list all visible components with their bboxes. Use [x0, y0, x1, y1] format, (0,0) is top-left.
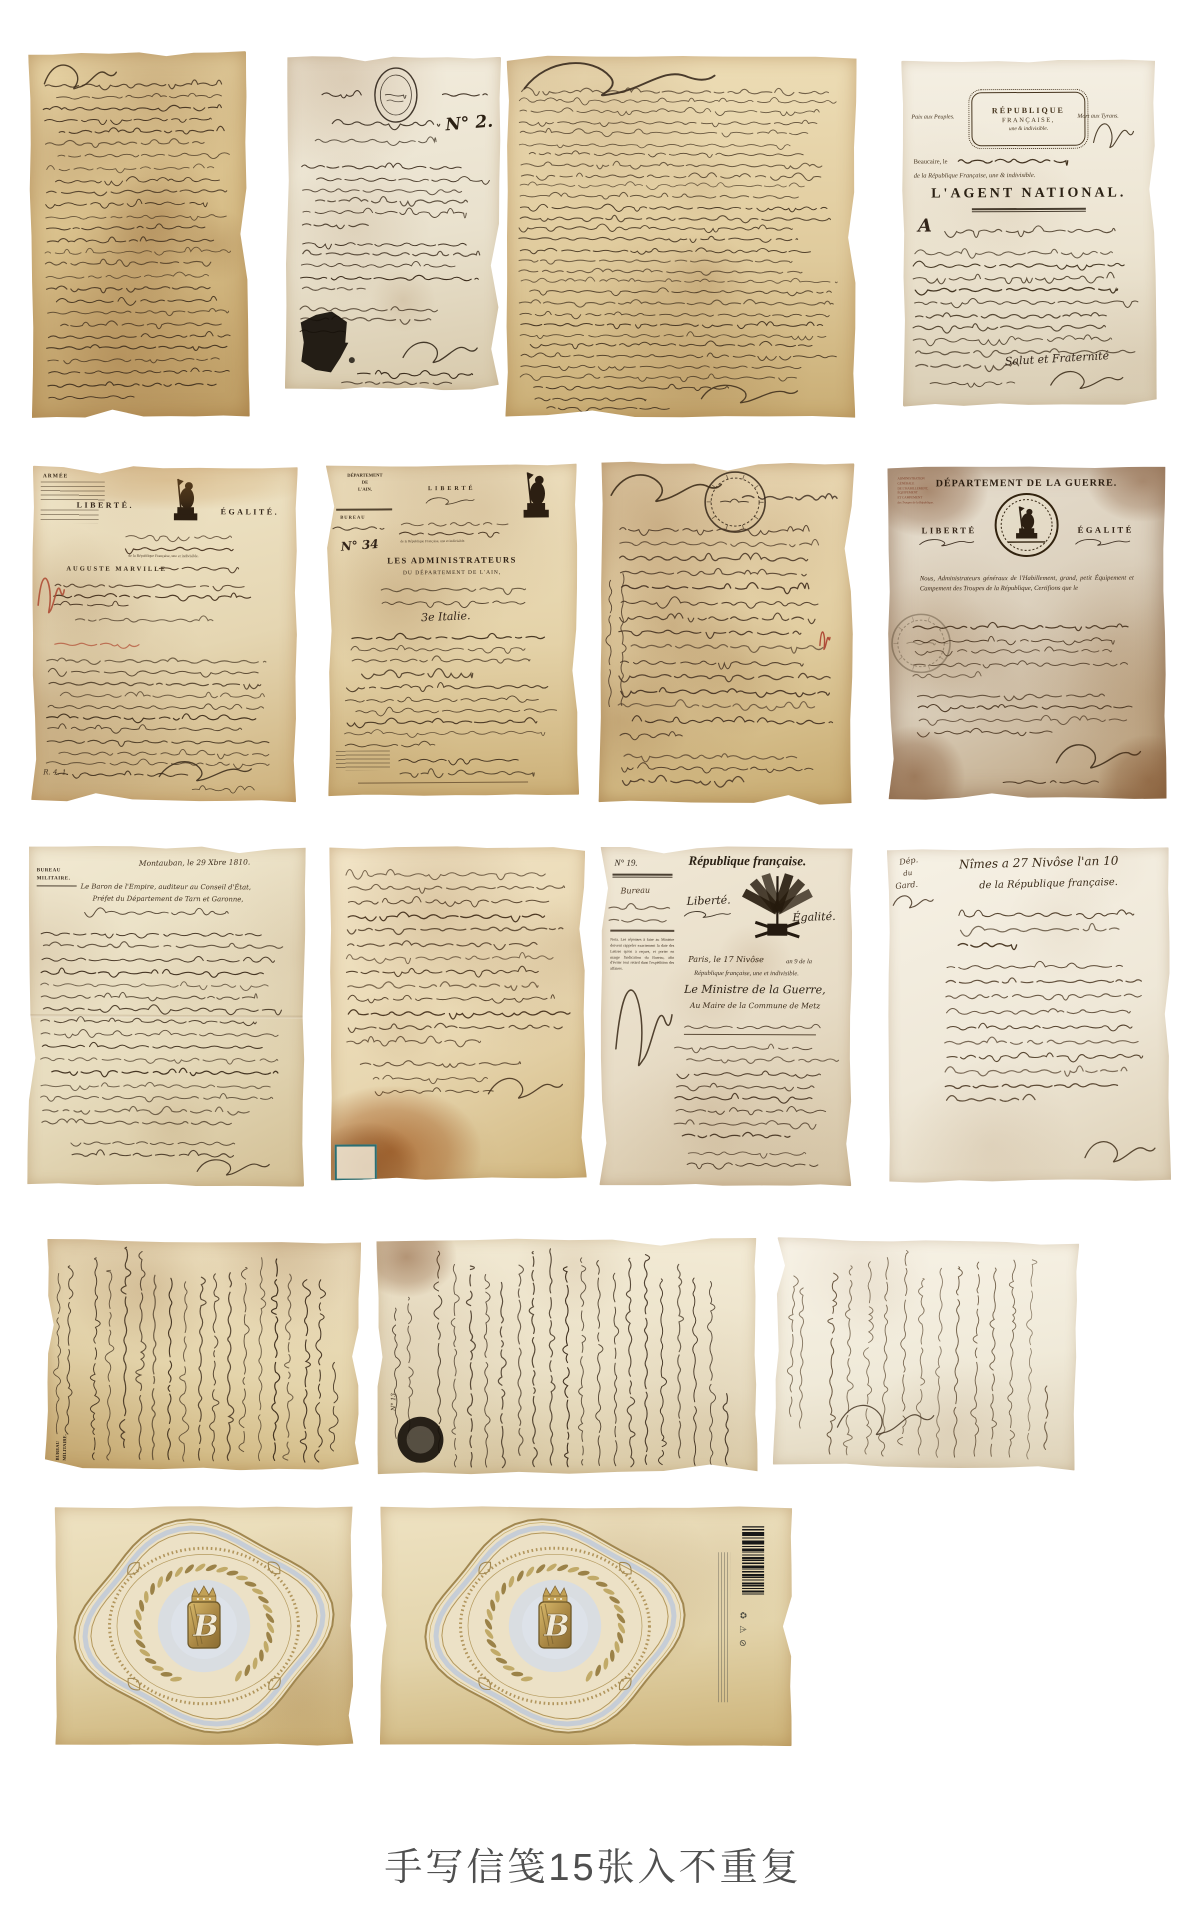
oval-ink-stamp	[375, 68, 417, 122]
handwritten-text: Montauban, le 29 Xbre 1810.	[139, 858, 250, 868]
recycle-icon: ♻	[737, 1611, 747, 1619]
handwritten-text: du	[903, 870, 913, 879]
departement-guerre-certificate: DÉPARTEMENT DE LA GUERRE.ADMINISTRATIONG…	[887, 466, 1166, 801]
handwriting-lines	[315, 136, 436, 146]
printed-text: MILITAIRE.	[62, 1434, 67, 1460]
monogram-letter: B	[543, 1609, 569, 1644]
printed-text: LIBERTÉ	[922, 526, 977, 536]
ink-flourish	[426, 498, 474, 505]
handwriting-lines	[786, 1276, 805, 1428]
handwritten-text: Bureau	[620, 887, 650, 897]
manuscript-letter-aged-dark	[28, 51, 250, 419]
handwriting-lines	[346, 868, 574, 1047]
ink-flourish	[920, 539, 974, 545]
rule	[610, 930, 674, 932]
bureau-militaire-montauban-letter: BUREAUMILITAIRE.Montauban, le 29 Xbre 18…	[27, 845, 306, 1186]
printed-text: de la République Française, une et indiv…	[400, 540, 465, 544]
illegible-fine-print	[41, 509, 99, 523]
handwriting-lines	[333, 527, 384, 531]
handwritten-text: N° 2.	[445, 113, 494, 136]
handwritten-text: N° 34	[340, 538, 379, 554]
printed-text: AUGUSTE MARVILLE	[66, 565, 167, 573]
signature-flourish	[197, 1160, 269, 1176]
rule	[612, 874, 672, 876]
signature-flourish	[488, 1078, 562, 1098]
handwritten-text: Préfet du Département de Tarn et Garonne…	[93, 896, 244, 904]
rotated-letter-bureau-militaire: BUREAUMILITAIRE.	[45, 1238, 361, 1471]
handwriting-lines	[159, 567, 238, 573]
handwriting-lines	[958, 909, 1134, 950]
rule	[37, 885, 77, 886]
ink-flourish	[1093, 124, 1133, 148]
printed-text: ÉGALITÉ.	[221, 508, 280, 517]
handwriting-lines	[825, 1244, 1051, 1460]
handwriting-lines	[322, 90, 361, 98]
frame-line: une & indivisible.	[972, 125, 1084, 134]
handwriting-lines	[621, 753, 812, 788]
product-info-text	[718, 1552, 730, 1702]
handwriting-lines	[85, 908, 229, 918]
printed-text: an 9 de la	[786, 958, 812, 965]
printed-text-block: ADMINISTRATIONGÉNÉRALEDE L'HABILLEMENT,É…	[897, 476, 953, 505]
handwriting-lines	[685, 1024, 823, 1029]
handwriting-lines	[958, 159, 1067, 166]
handwriting-lines	[618, 524, 834, 742]
printed-text: de la République Française, une & indivi…	[914, 172, 1036, 180]
printed-text: LIBERTÉ	[428, 486, 476, 493]
age-stain	[1098, 735, 1186, 825]
handwritten-text: Liberté.	[686, 894, 730, 908]
ink-flourish	[1076, 539, 1130, 545]
warning-icon: ⚠	[737, 1625, 747, 1633]
flag-trophy-emblem	[744, 874, 811, 937]
handwriting-lines	[392, 1297, 413, 1439]
ink-layer	[887, 847, 1171, 1183]
document-title: République française.	[689, 854, 807, 869]
black-round-stamp	[397, 1417, 443, 1463]
handwriting-lines	[518, 87, 838, 391]
printed-text: Nous, Administrateurs généraux de l'Habi…	[920, 574, 1134, 594]
ink-layer	[28, 51, 250, 419]
signature-flourish	[701, 385, 797, 403]
handwriting-lines	[43, 79, 237, 399]
handwriting-lines	[301, 162, 489, 229]
printed-text: République française, une et indivisible…	[694, 970, 799, 978]
printed-text: ARMÉE	[43, 473, 69, 479]
manuscript-letter-battalion-certificate: N° 2.	[285, 55, 501, 390]
printed-text: LES ADMINISTRATEURS	[326, 555, 577, 566]
rule	[336, 508, 392, 511]
handwriting-lines	[535, 398, 669, 412]
monogram-emblem-sheet-back: B♻⚠⊘	[380, 1506, 792, 1747]
printed-text-block: DÉPARTEMENTDEL'AIN.	[334, 472, 396, 493]
handwriting-lines	[301, 242, 484, 291]
handwritten-text: 3e Italie.	[421, 610, 471, 624]
manuscript-letter-dense-script	[505, 55, 856, 418]
handwriting-lines	[945, 225, 1115, 237]
ink-layer	[505, 55, 856, 418]
monogram-letter: B	[192, 1609, 218, 1644]
handwriting-lines	[75, 615, 212, 622]
packaging-icons: ♻⚠⊘	[738, 1610, 746, 1648]
handwriting-lines	[442, 94, 487, 97]
manuscript-notarial-act	[599, 461, 855, 805]
handwriting-lines	[399, 522, 508, 538]
printed-line: MILITAIRE.	[37, 875, 83, 883]
printed-text-block: BUREAUMILITAIRE.	[37, 867, 83, 882]
printed-text: BUREAU	[55, 1441, 60, 1460]
handwritten-text: N° 13	[391, 1393, 398, 1411]
teal-stamp-box	[335, 1144, 377, 1180]
printed-line: BUREAU	[37, 867, 83, 875]
toasted-corner	[356, 1217, 456, 1298]
handwriting-lines	[89, 1247, 339, 1463]
handwriting-lines	[40, 932, 288, 1125]
printed-text: Beaucaire, le	[914, 158, 948, 165]
handwritten-text: Au Maire de la Commune de Metz	[690, 1002, 820, 1011]
departement-ain-administrateurs: DÉPARTEMENTDEL'AIN.BUREAUN° 34LIBERTÉde …	[326, 463, 579, 797]
ink-layer	[773, 1237, 1080, 1471]
rotated-letter-round-stamp: N° 13	[376, 1237, 757, 1475]
red-ink-note	[55, 643, 143, 648]
handwriting-lines	[605, 573, 626, 706]
handwriting-lines	[332, 120, 439, 130]
ink-layer: B	[55, 1505, 354, 1746]
agent-national-letterhead: Paix aux Peuples.Mort aux Tyrans.RÉPUBLI…	[901, 59, 1157, 406]
ink-layer	[285, 55, 501, 390]
ink-flourish	[44, 64, 116, 89]
barcode	[742, 1526, 764, 1596]
handwriting-lines	[609, 903, 670, 922]
handwriting-lines	[54, 584, 256, 607]
ministre-guerre-printed-form: N° 19.République française.BureauNota. L…	[599, 846, 852, 1187]
rotated-letter-faded	[773, 1237, 1080, 1471]
handwritten-text: R. 4. 1.	[43, 769, 68, 777]
handwriting-lines	[687, 1152, 818, 1170]
ink-flourish	[684, 911, 730, 917]
handwriting-lines	[192, 786, 254, 794]
printed-text: BUREAU	[340, 515, 365, 520]
frame-line: FRANÇAISE,	[972, 116, 1084, 126]
illegible-fine-print	[336, 750, 390, 770]
printed-text: Paix aux Peuples.	[911, 114, 954, 121]
signature-flourish	[159, 762, 251, 781]
handwriting-lines	[360, 1060, 520, 1068]
handwriting-lines	[351, 632, 550, 679]
handwriting-lines	[674, 1044, 838, 1138]
handwriting-lines	[930, 382, 1015, 388]
handwriting-lines	[53, 1266, 73, 1434]
ink-layer	[326, 463, 579, 797]
printed-text: ÉGALITÉ	[1078, 526, 1134, 536]
crowned-monogram-medallion: B	[425, 1519, 685, 1733]
handwriting-lines	[342, 370, 473, 385]
signature-flourish	[837, 1405, 934, 1436]
ink-layer	[599, 461, 855, 805]
republique-cartouche: RÉPUBLIQUEFRANÇAISE,une & indivisible.	[971, 92, 1085, 147]
ink-blot	[300, 311, 348, 372]
document-title: L'AGENT NATIONAL.	[902, 185, 1156, 202]
printed-text: LIBERTÉ.	[77, 502, 134, 511]
paraph-flourish	[616, 990, 672, 1066]
handwriting-lines	[125, 535, 238, 554]
handwriting-lines	[1003, 781, 1098, 785]
handwritten-text: A	[918, 217, 932, 237]
handwriting-lines	[944, 961, 1146, 1102]
age-stain	[864, 726, 964, 826]
ink-layer	[45, 1238, 361, 1471]
handwritten-text: Égalité.	[792, 911, 835, 925]
ornate-seal-stamp	[705, 472, 766, 533]
crowned-monogram-medallion: B	[74, 1519, 334, 1733]
printed-text: de la République Française, une et indiv…	[128, 554, 198, 559]
vintage-letter-paper-collage: 手写信笺15张入不重复 N° 2.Paix aux Peuples.Mort a…	[0, 0, 1186, 1920]
no-littering-icon: ⊘	[737, 1639, 747, 1647]
printed-text: N° 19.	[615, 858, 638, 868]
nimes-gard-letter: Dép.duGard.Nîmes a 27 Nivôse l'an 10de l…	[887, 847, 1171, 1183]
product-caption: 手写信笺15张入不重复	[0, 1836, 1186, 1891]
armee-marville-letter: ARMÉELIBERTÉ.ÉGALITÉ.de la République Fr…	[31, 465, 298, 802]
nota-block: Nota. Les réponses à faire au Ministre d…	[610, 938, 674, 973]
manuscript-letter-rust-stain	[329, 845, 587, 1180]
liberty-statue-emblem	[523, 472, 549, 517]
handwritten-text: Le Ministre de la Guerre,	[684, 984, 826, 997]
handwriting-lines	[399, 758, 534, 778]
ink-layer: B	[380, 1506, 792, 1747]
handwriting-lines	[742, 493, 837, 500]
handwritten-text: Le Baron de l'Empire, auditeur au Consei…	[81, 884, 251, 893]
printed-line: des Troupes de la République.	[898, 500, 954, 505]
handwriting-lines	[344, 682, 557, 748]
printed-line: L'AIN.	[334, 486, 396, 493]
ink-flourish	[1051, 371, 1123, 388]
red-ink-mark	[820, 632, 830, 649]
frame-line: RÉPUBLIQUE	[972, 104, 1084, 116]
signature-flourish	[403, 342, 477, 363]
handwriting-lines	[71, 1141, 235, 1157]
handwriting-lines	[913, 622, 1128, 678]
handwriting-lines	[46, 657, 273, 779]
handwritten-text: Paris, le 17 Nivôse	[688, 956, 764, 965]
handwriting-lines	[434, 1248, 729, 1468]
monogram-emblem-sheet-front: B	[55, 1505, 354, 1746]
ink-flourish	[893, 896, 933, 908]
handwriting-lines	[381, 588, 525, 609]
signature-flourish	[1085, 1141, 1155, 1162]
